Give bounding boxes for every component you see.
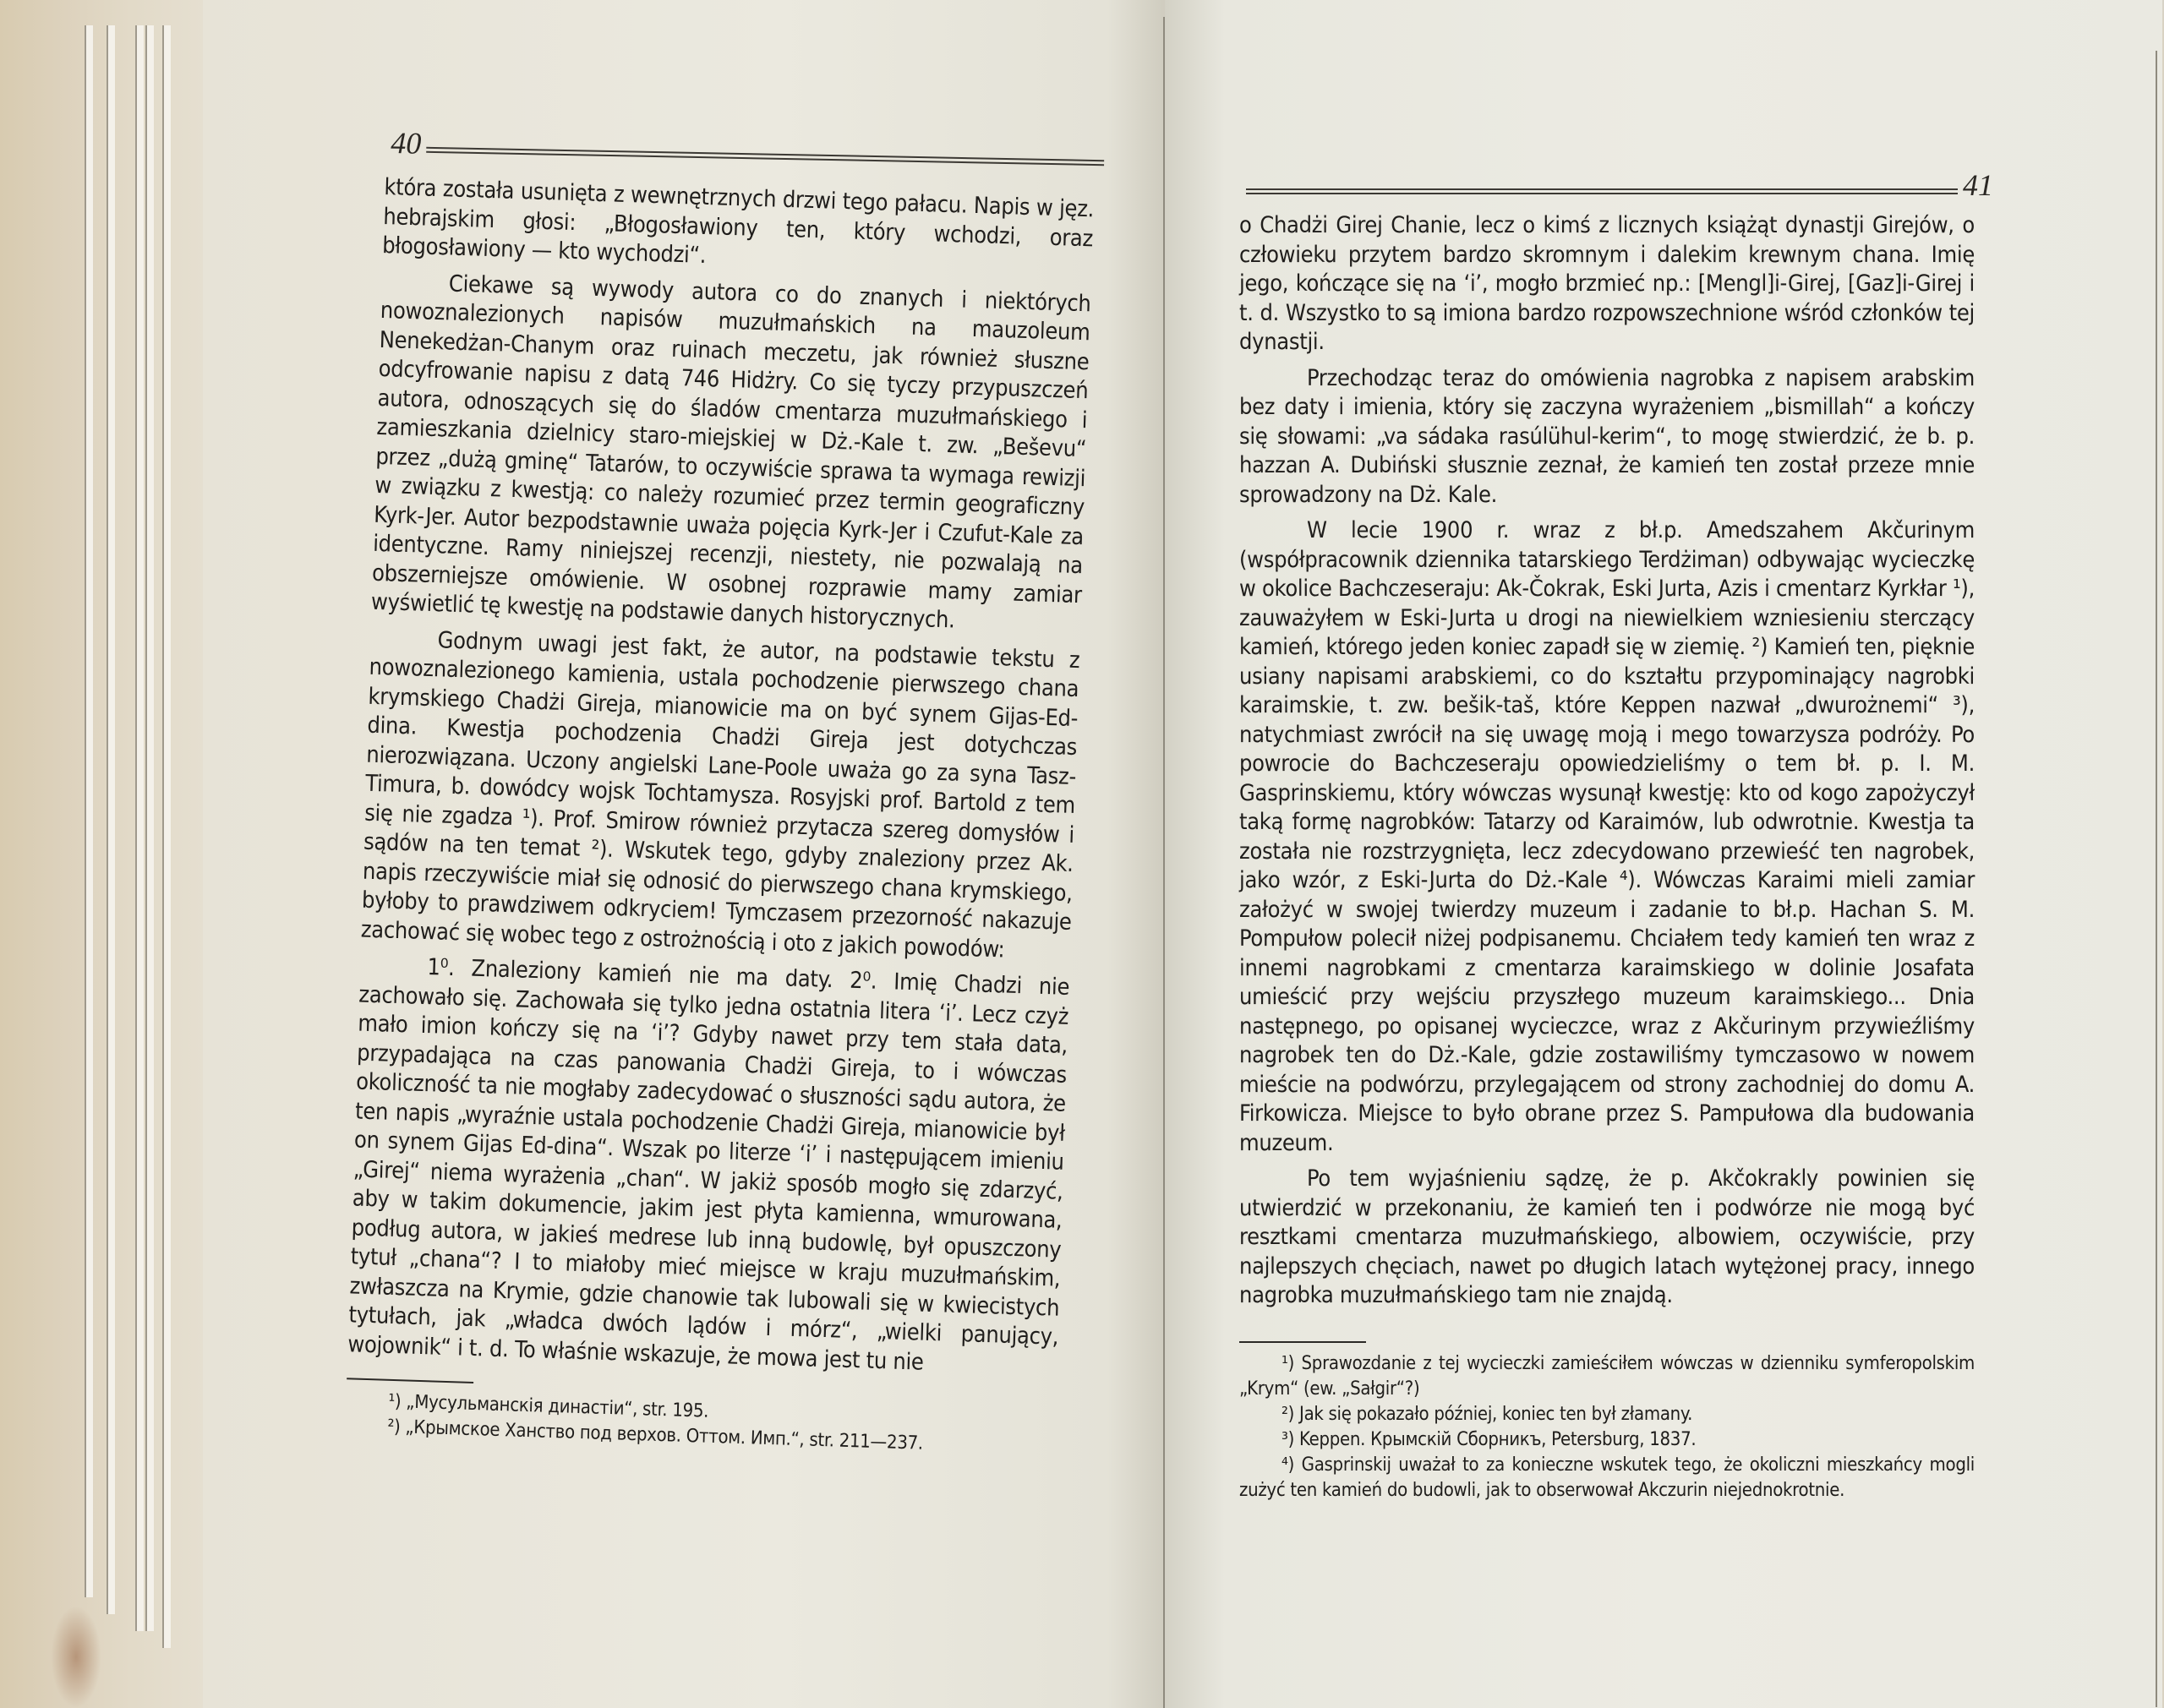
footnote-rule [347, 1378, 473, 1383]
right-page-header: 41 [1241, 167, 1993, 203]
page-edge [162, 25, 171, 1648]
left-page-body: która została usunięta z wewnętrznych dr… [345, 173, 1095, 1461]
book-gutter [1163, 17, 1165, 1708]
page-number: 41 [1963, 167, 1993, 203]
page-number: 40 [391, 125, 422, 161]
paragraph: o Chadżi Girej Chanie, lecz o kimś z lic… [1239, 211, 1975, 357]
right-page-edge [2156, 51, 2157, 1707]
footnotes: ¹) Sprawozdanie z tej wycieczki zamieści… [1239, 1351, 1975, 1503]
page-edge [135, 25, 144, 1631]
page-edge [145, 25, 154, 1631]
paragraph: W lecie 1900 r. wraz z bł.p. Amedszahem … [1239, 516, 1975, 1158]
footnote: ¹) Sprawozdanie z tej wycieczki zamieści… [1239, 1351, 1975, 1402]
page-edge [107, 25, 115, 1614]
paragraph: Po tem wyjaśnieniu sądzę, że p. Akčokrak… [1239, 1165, 1975, 1311]
footnote: ⁴) Gasprinskij uważał to za konieczne ws… [1239, 1453, 1975, 1503]
paragraph: 1⁰. Znaleziony kamień nie ma daty. 2⁰. I… [347, 952, 1070, 1382]
footnote-rule [1239, 1341, 1366, 1343]
page-stack-edges [0, 0, 220, 1708]
footnote: ²) Jak się pokazało później, koniec ten … [1239, 1402, 1975, 1427]
paragraph: Przechodząc teraz do omówienia nagrobka … [1239, 364, 1975, 510]
page-edge [85, 25, 93, 1597]
header-rule [1246, 188, 1958, 194]
header-rule [426, 147, 1104, 166]
paragraph: Ciekawe są wywody autora co do znanych i… [370, 267, 1091, 639]
right-page-body: o Chadżi Girej Chanie, lecz o kimś z lic… [1239, 211, 1975, 1503]
footnote: ³) Keppen. Крымскій Сборникъ, Petersburg… [1239, 1427, 1975, 1453]
stain-mark [51, 1606, 101, 1708]
paragraph: Godnym uwagi jest fakt, że autor, na pod… [360, 624, 1080, 967]
